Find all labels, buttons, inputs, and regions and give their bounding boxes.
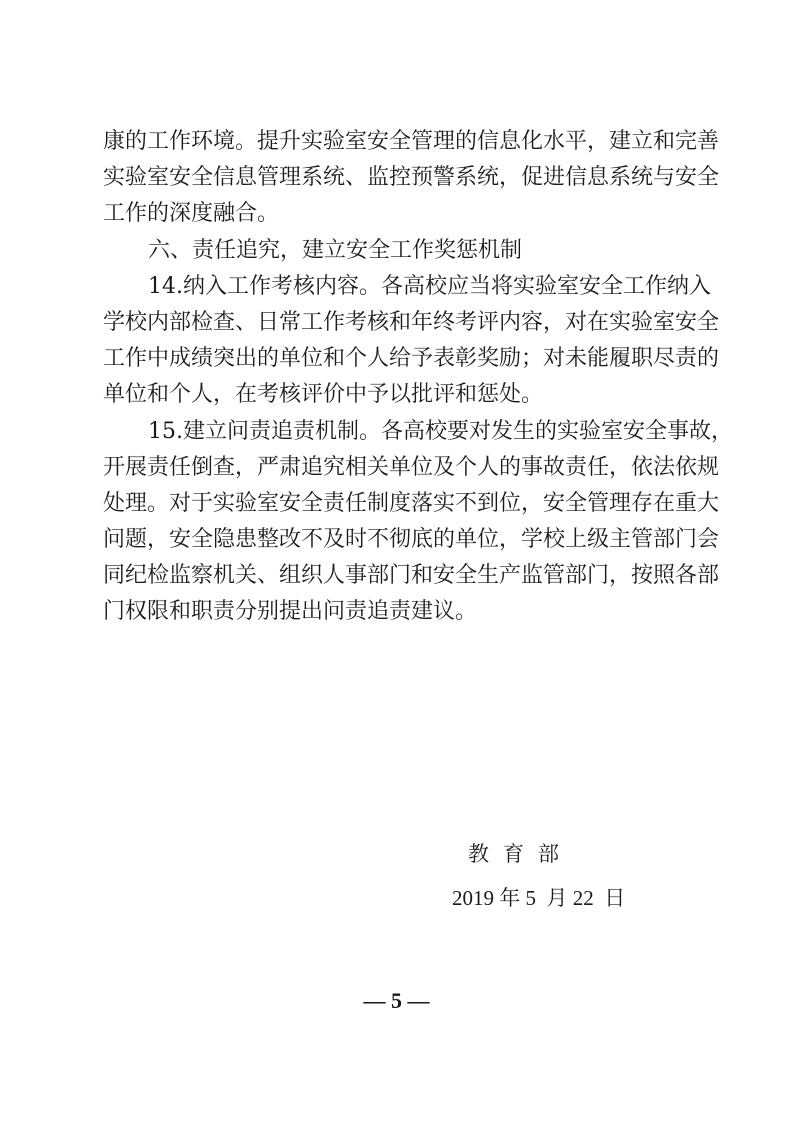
page-number: — 5 — bbox=[0, 988, 793, 1014]
document-page: 康的工作环境。提升实验室安全管理的信息化水平，建立和完善 实验室安全信息管理系统… bbox=[0, 0, 793, 1122]
section-heading: 六、责任追究，建立安全工作奖惩机制 bbox=[103, 233, 693, 269]
paragraph-line: 康的工作环境。提升实验室安全管理的信息化水平，建立和完善 bbox=[103, 124, 693, 160]
signature-issuer: 教育部 bbox=[468, 838, 573, 868]
paragraph-line: 15.建立问责追责机制。各高校要对发生的实验室安全事故， bbox=[103, 414, 693, 450]
paragraph-line: 处理。对于实验室安全责任制度落实不到位，安全管理存在重大 bbox=[103, 486, 693, 522]
paragraph-line: 开展责任倒查，严肃追究相关单位及个人的事故责任，依法依规 bbox=[103, 450, 693, 486]
body-text: 康的工作环境。提升实验室安全管理的信息化水平，建立和完善 实验室安全信息管理系统… bbox=[103, 124, 693, 631]
paragraph-line: 工作中成绩突出的单位和个人给予表彰奖励；对未能履职尽责的 bbox=[103, 341, 693, 377]
paragraph-line: 同纪检监察机关、组织人事部门和安全生产监管部门，按照各部 bbox=[103, 558, 693, 594]
paragraph-line: 问题，安全隐患整改不及时不彻底的单位，学校上级主管部门会 bbox=[103, 522, 693, 558]
paragraph-line: 14.纳入工作考核内容。各高校应当将实验室安全工作纳入 bbox=[103, 269, 693, 305]
paragraph-line: 实验室安全信息管理系统、监控预警系统，促进信息系统与安全 bbox=[103, 160, 693, 196]
paragraph-line: 单位和个人，在考核评价中予以批评和惩处。 bbox=[103, 377, 693, 413]
paragraph-line: 学校内部检查、日常工作考核和年终考评内容，对在实验室安全 bbox=[103, 305, 693, 341]
paragraph-line: 门权限和职责分别提出问责追责建议。 bbox=[103, 594, 693, 630]
signature-date: 2019 年 5 月 22 日 bbox=[452, 882, 625, 912]
paragraph-line: 工作的深度融合。 bbox=[103, 196, 693, 232]
